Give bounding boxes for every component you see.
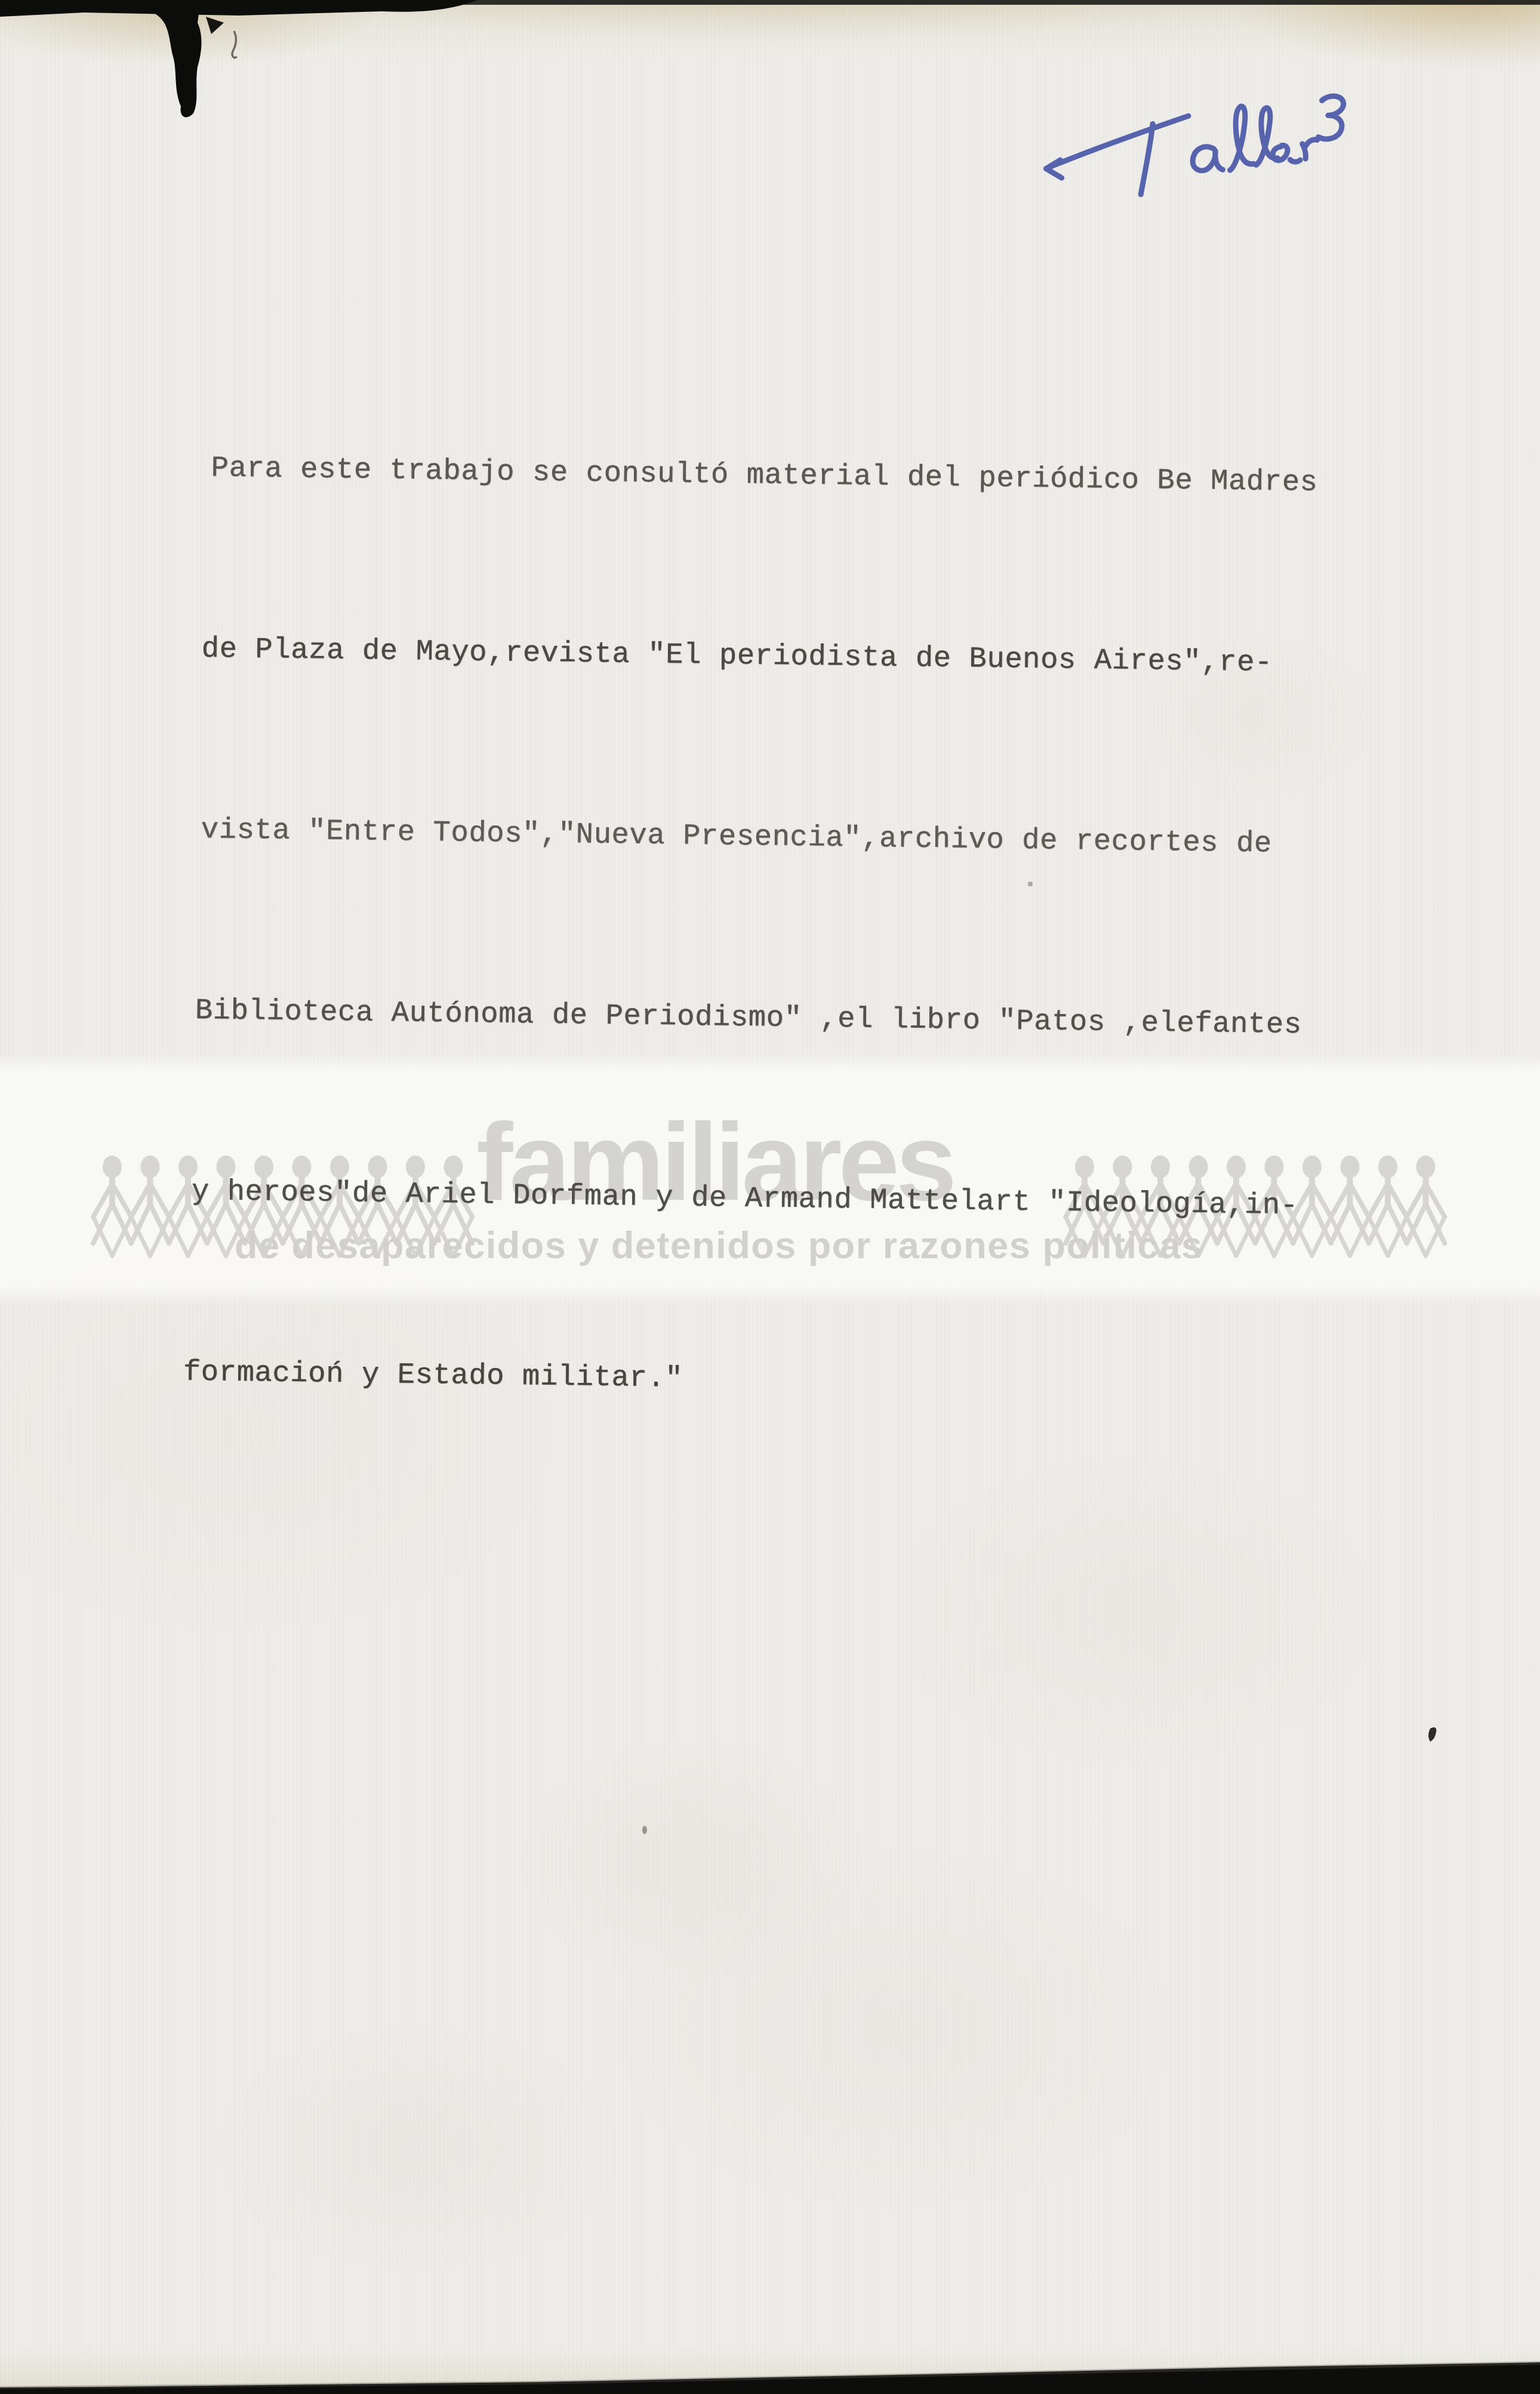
scan-artifacts bbox=[0, 0, 1540, 2394]
torn-tape-mark bbox=[145, 0, 202, 117]
top-edge-bar bbox=[0, 0, 478, 17]
ink-speck-3 bbox=[1028, 882, 1033, 886]
scanned-document-page: familiares de desaparecidos y detenidos … bbox=[0, 0, 1540, 2394]
ink-squiggle bbox=[232, 31, 237, 57]
ink-speck-triangle bbox=[206, 17, 224, 34]
ink-speck-1 bbox=[1428, 1727, 1436, 1742]
ink-speck-2 bbox=[642, 1826, 647, 1834]
